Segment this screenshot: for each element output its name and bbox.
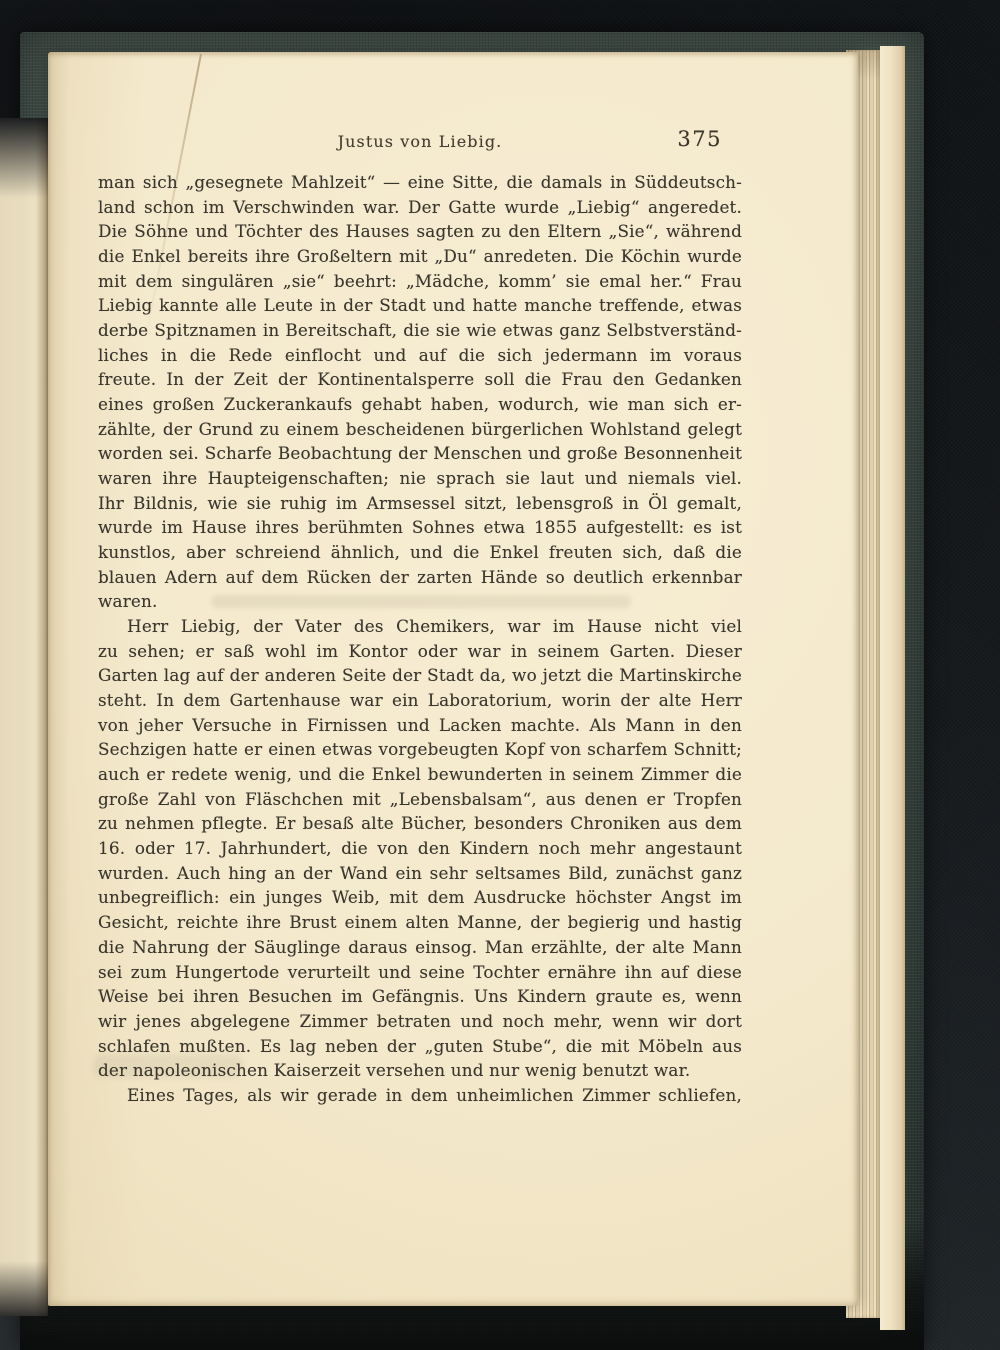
book-photo: Justus von Liebig. 375 man sich „gesegne… — [0, 0, 1000, 1350]
text-line: blauen Adern auf dem Rücken der zarten H… — [98, 565, 742, 590]
text-line: waren. — [98, 589, 742, 614]
text-line: der napoleonischen Kaiserzeit versehen u… — [98, 1058, 742, 1083]
text-line: Herr Liebig, der Vater des Chemikers, wa… — [98, 614, 742, 639]
text-line: freute. In der Zeit der Kontinentalsperr… — [98, 367, 742, 392]
facing-page-sliver — [0, 118, 48, 1316]
book-page: Justus von Liebig. 375 man sich „gesegne… — [48, 52, 858, 1306]
text-line: sei zum Hungertode verurteilt und seine … — [98, 960, 742, 985]
text-line: wir jenes abgelegene Zimmer betraten und… — [98, 1009, 742, 1034]
text-line: man sich „gesegnete Mahlzeit“ — eine Sit… — [98, 170, 742, 195]
text-line: waren ihre Haupteigenschaften; nie sprac… — [98, 466, 742, 491]
text-line: die Enkel bereits ihre Großeltern mit „D… — [98, 244, 742, 269]
text-line: Sechzigen hatte er einen etwas vorgebeug… — [98, 737, 742, 762]
text-line: auch er redete wenig, und die Enkel bewu… — [98, 762, 742, 787]
text-line: die Nahrung der Säuglinge daraus einsog.… — [98, 935, 742, 960]
text-line: kunstlos, aber schreiend ähnlich, und di… — [98, 540, 742, 565]
running-title: Justus von Liebig. — [98, 132, 742, 151]
text-line: große Zahl von Fläschchen mit „Lebensbal… — [98, 787, 742, 812]
text-line: wurde im Hause ihres berühmten Sohnes et… — [98, 515, 742, 540]
text-line: Eines Tages, als wir gerade in dem unhei… — [98, 1083, 742, 1108]
text-line: unbegreiflich: ein junges Weib, mit dem … — [98, 885, 742, 910]
text-line: von jeher Versuche in Firnissen und Lack… — [98, 713, 742, 738]
text-line: Liebig kannte alle Leute in der Stadt un… — [98, 293, 742, 318]
page-number: 375 — [677, 127, 722, 151]
text-line: Garten lag auf der anderen Seite der Sta… — [98, 663, 742, 688]
text-line: wurden. Auch hing an der Wand ein sehr s… — [98, 861, 742, 886]
text-line: eines großen Zuckerankaufs gehabt haben,… — [98, 392, 742, 417]
text-line: 16. oder 17. Jahrhundert, die von den Ki… — [98, 836, 742, 861]
text-line: zu nehmen pflegte. Er besaß alte Bücher,… — [98, 811, 742, 836]
text-line: Weise bei ihren Besuchen im Gefängnis. U… — [98, 984, 742, 1009]
page-block-edge — [880, 46, 905, 1330]
text-line: zu sehen; er saß wohl im Kontor oder war… — [98, 639, 742, 664]
text-line: mit dem singulären „sie“ beehrt: „Mädche… — [98, 269, 742, 294]
text-line: land schon im Verschwinden war. Der Gatt… — [98, 195, 742, 220]
text-line: Ihr Bildnis, wie sie ruhig im Armsessel … — [98, 491, 742, 516]
text-line: Die Söhne und Töchter des Hauses sagten … — [98, 219, 742, 244]
text-line: Gesicht, reichte ihre Brust einem alten … — [98, 910, 742, 935]
text-line: worden sei. Scharfe Beobachtung der Mens… — [98, 441, 742, 466]
running-header: Justus von Liebig. 375 — [98, 132, 742, 162]
text-line: derbe Spitznamen in Bereitschaft, die si… — [98, 318, 742, 343]
text-line: steht. In dem Gartenhause war ein Labora… — [98, 688, 742, 713]
text-line: liches in die Rede einflocht und auf die… — [98, 343, 742, 368]
text-block: Justus von Liebig. 375 man sich „gesegne… — [98, 132, 742, 1108]
text-line: schlafen mußten. Es lag neben der „guten… — [98, 1034, 742, 1059]
text-line: zählte, der Grund zu einem bescheidenen … — [98, 417, 742, 442]
body-text: man sich „gesegnete Mahlzeit“ — eine Sit… — [98, 170, 742, 1108]
